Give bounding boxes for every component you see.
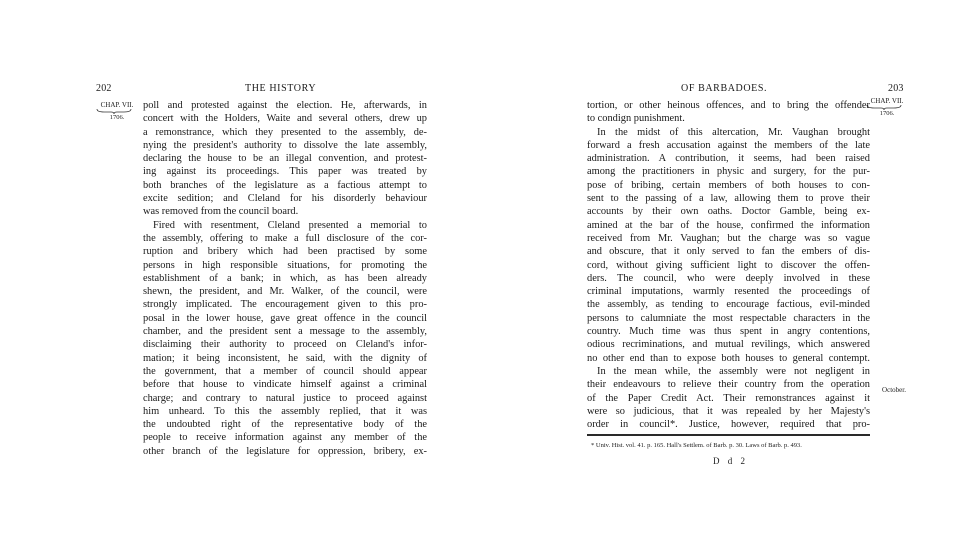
text-line: and obscure, that it only served to fan … bbox=[587, 245, 870, 258]
text-line: posal in the lower house, gave great off… bbox=[143, 312, 427, 325]
year-label: 1706. bbox=[96, 114, 138, 122]
right-page: OF BARBADOES. 203 CHAP. VII. 1706. Octob… bbox=[490, 0, 980, 552]
signature-mark: D d 2 bbox=[713, 456, 748, 466]
left-page: 202 THE HISTORY CHAP. VII. 1706. poll an… bbox=[0, 0, 490, 552]
chapter-label: CHAP. VII. bbox=[101, 101, 134, 109]
text-line: forward a fresh accusation against the m… bbox=[587, 139, 870, 152]
text-line: tortion, or other heinous offences, and … bbox=[587, 99, 870, 112]
text-line: In the midst of this altercation, Mr. Va… bbox=[587, 126, 870, 139]
year-label: 1706. bbox=[866, 110, 908, 118]
chapter-margin-note: CHAP. VII. 1706. bbox=[866, 97, 908, 118]
text-line: administration. A contribution, it seems… bbox=[587, 152, 870, 165]
footnote: * Univ. Hist. vol. 41. p. 165. Hall's Se… bbox=[591, 442, 802, 449]
text-line: chamber, and the president sent a messag… bbox=[143, 325, 427, 338]
chapter-label: CHAP. VII. bbox=[871, 97, 904, 105]
text-line: the assembly, offering to make a full di… bbox=[143, 232, 427, 245]
text-line: criminal imputations, warmly resented th… bbox=[587, 285, 870, 298]
text-line: him unheard. To this the assembly replie… bbox=[143, 405, 427, 418]
text-line: poll and protested against the election.… bbox=[143, 99, 427, 112]
running-head: OF BARBADOES. bbox=[681, 83, 767, 94]
text-line: the assembly, as tending to encourage fa… bbox=[587, 298, 870, 311]
body-text: poll and protested against the election.… bbox=[143, 99, 427, 458]
text-line: of the Paper Credit Act. Their remonstra… bbox=[587, 392, 870, 405]
text-line: their endeavours to relieve their countr… bbox=[587, 378, 870, 391]
text-line: a remonstrance, which they presented to … bbox=[143, 126, 427, 139]
page-number: 203 bbox=[888, 83, 904, 94]
text-line: amined at the bar of the house, confirme… bbox=[587, 219, 870, 232]
text-line: received from Mr. Vaughan; but the charg… bbox=[587, 232, 870, 245]
text-line: ders. The council, who were deeply invol… bbox=[587, 272, 870, 285]
text-line: other branch of the legislature for oppr… bbox=[143, 445, 427, 458]
text-line: accounts by their own oaths. Doctor Gamb… bbox=[587, 205, 870, 218]
text-line: nying the president's authority to disso… bbox=[143, 139, 427, 152]
text-line: establishment of a bank; in which, as ha… bbox=[143, 272, 427, 285]
page-number: 202 bbox=[96, 83, 112, 94]
chapter-margin-note: CHAP. VII. 1706. bbox=[96, 101, 138, 122]
text-line: people to receive information against an… bbox=[143, 431, 427, 444]
text-line: no other end than to expose both houses … bbox=[587, 352, 870, 365]
text-line: ing against its proceedings. This paper … bbox=[143, 165, 427, 178]
text-line: declaring the house to be an illegal con… bbox=[143, 152, 427, 165]
side-note-october: October. bbox=[877, 386, 911, 394]
text-line: shewn, the president, and Mr. Walker, of… bbox=[143, 285, 427, 298]
text-line: persons to calumniate the most respectab… bbox=[587, 312, 870, 325]
text-line: persons in high responsible situations, … bbox=[143, 259, 427, 272]
text-line: country. Much time was thus spent in ang… bbox=[587, 325, 870, 338]
text-line: concert with the Holders, Waite and seve… bbox=[143, 112, 427, 125]
side-note-text: October. bbox=[882, 386, 906, 394]
text-line: the government, that a member of council… bbox=[143, 365, 427, 378]
running-head: THE HISTORY bbox=[245, 83, 316, 94]
text-line: order in council*. Justice, however, req… bbox=[587, 418, 870, 431]
text-line: to condign punishment. bbox=[587, 112, 870, 125]
text-line: sent to the passing of a law, allowing t… bbox=[587, 192, 870, 205]
text-line: charge; and contrary to natural justice … bbox=[143, 392, 427, 405]
text-line: odious recriminations, and mutual revili… bbox=[587, 338, 870, 351]
text-line: both branches of the legislature as a fa… bbox=[143, 179, 427, 192]
text-line: Fired with resentment, Cleland presented… bbox=[143, 219, 427, 232]
text-line: pose of bribing, certain members of both… bbox=[587, 179, 870, 192]
text-line: ruption and bribery which had been pract… bbox=[143, 245, 427, 258]
text-line: In the mean while, the assembly were not… bbox=[587, 365, 870, 378]
text-line: was removed from the council board. bbox=[143, 205, 427, 218]
text-line: mation; it being inconsistent, he said, … bbox=[143, 352, 427, 365]
text-line: disclaiming their authority to proceed o… bbox=[143, 338, 427, 351]
text-line: excite sedition; and Cleland for his dis… bbox=[143, 192, 427, 205]
text-line: cord, without giving sufficient light to… bbox=[587, 259, 870, 272]
text-line: were so judicious, that it was repealed … bbox=[587, 405, 870, 418]
text-line: the undoubted right of the representativ… bbox=[143, 418, 427, 431]
text-line: strongly implicated. The encouragement g… bbox=[143, 298, 427, 311]
footnote-rule bbox=[587, 434, 870, 436]
text-line: among the practitioners in physic and su… bbox=[587, 165, 870, 178]
body-text: tortion, or other heinous offences, and … bbox=[587, 99, 870, 431]
text-line: before that house to vindicate himself a… bbox=[143, 378, 427, 391]
